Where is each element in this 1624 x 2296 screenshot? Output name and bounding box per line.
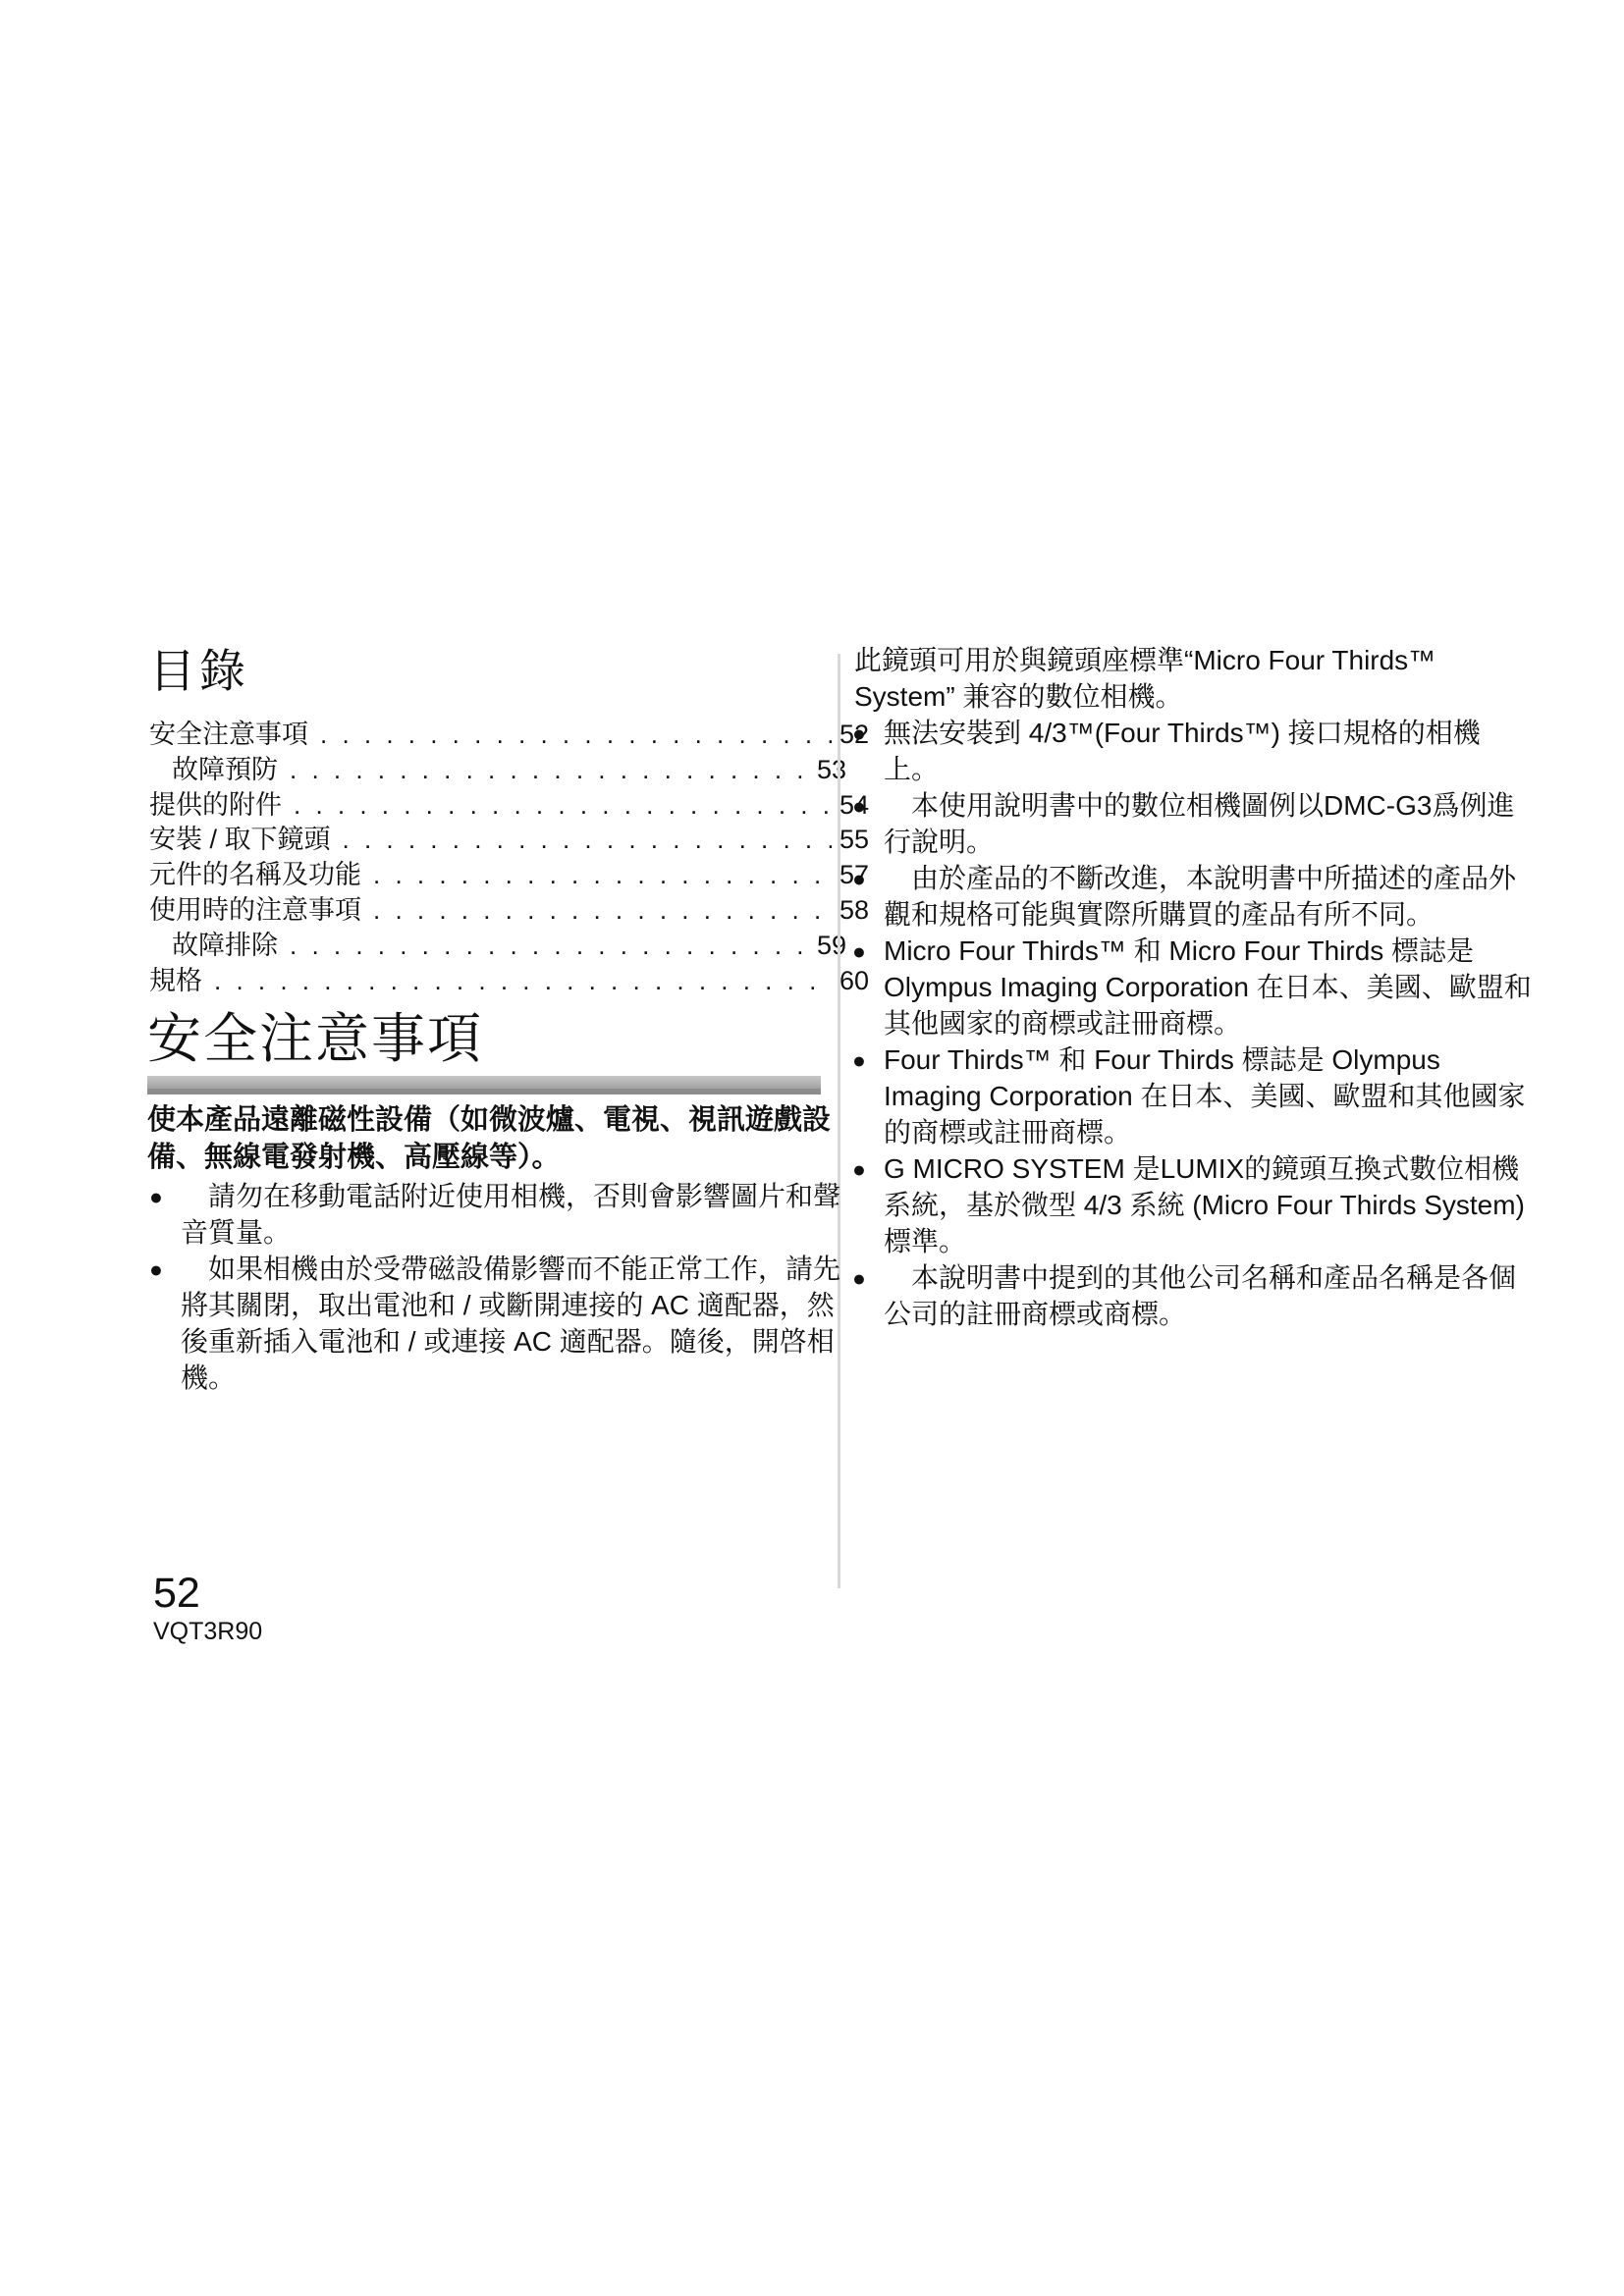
toc-item-label: 安全注意事項: [149, 713, 308, 751]
toc-page-number: 59: [817, 931, 846, 961]
bullet-text: Four Thirds™ 和 Four Thirds 標誌是 Olympus I…: [884, 1044, 1525, 1148]
bullet-text: 本說明書中提到的其他公司名稱和產品名稱是各個公司的註冊商標或商標。: [884, 1262, 1516, 1329]
bullet-item: ● 本使用說明書中的數位相機圖例以DMC-G3爲例進行說明。: [846, 787, 1534, 860]
toc-item: 規格 . . . . . . . . . . . . . . . . . . .…: [149, 959, 869, 994]
bullet-item: ● 無法安裝到 4/3™(Four Thirds™) 接口規格的相機上。: [846, 715, 1534, 787]
bullet-text: 由於產品的不斷改進，本說明書中所描述的產品外觀和規格可能與實際所購買的產品有所不…: [884, 863, 1516, 930]
toc-item-label: 規格: [149, 959, 202, 997]
toc-leader-dots: . . . . . . . . . . . . . . . . . . . . …: [290, 931, 809, 961]
bullet-item: ● Four Thirds™ 和 Four Thirds 標誌是 Olympus…: [846, 1041, 1534, 1150]
toc-title: 目錄: [149, 646, 249, 697]
toc-item: 元件的名稱及功能 . . . . . . . . . . . . . . . .…: [149, 853, 869, 888]
bullet-text: Micro Four Thirds™ 和 Micro Four Thirds 標…: [884, 935, 1532, 1039]
bullet-icon: ●: [852, 1151, 866, 1188]
toc-leader-dots: . . . . . . . . . . . . . . . . . . . . …: [373, 895, 832, 926]
toc-item-label: 使用時的注意事項: [149, 888, 361, 927]
toc-item-label: 故障預防: [172, 748, 278, 786]
document-code: VQT3R90: [153, 1620, 262, 1644]
toc-item: 故障預防 . . . . . . . . . . . . . . . . . .…: [149, 748, 869, 783]
toc-leader-dots: . . . . . . . . . . . . . . . . . . . . …: [214, 966, 832, 996]
toc-page-number: 53: [817, 755, 846, 785]
bullet-text: 請勿在移動電話附近使用相機，否則會影響圖片和聲音質量。: [181, 1181, 840, 1248]
section-heading-bar: [147, 1076, 821, 1095]
toc-leader-dots: . . . . . . . . . . . . . . . . . . . . …: [294, 790, 832, 821]
toc-item-label: 提供的附件: [149, 783, 282, 822]
lens-compatibility-paragraph: 此鏡頭可用於與鏡頭座標準“Micro Four Thirds™ System” …: [854, 642, 1534, 715]
toc-item: 故障排除 . . . . . . . . . . . . . . . . . .…: [149, 924, 869, 959]
bullet-item: ● 由於產品的不斷改進，本說明書中所描述的產品外觀和規格可能與實際所購買的產品有…: [846, 860, 1534, 933]
bullet-icon: ●: [852, 1260, 866, 1297]
manual-page: 目錄 安全注意事項 . . . . . . . . . . . . . . . …: [0, 0, 1624, 2296]
section-heading-safety: 安全注意事項: [147, 1009, 483, 1069]
toc-item-label: 元件的名稱及功能: [149, 853, 361, 891]
bullet-item: ● 如果相機由於受帶磁設備影響而不能正常工作，請先將其關閉，取出電池和 / 或斷…: [147, 1251, 850, 1396]
bullet-text: 如果相機由於受帶磁設備影響而不能正常工作，請先將其關閉，取出電池和 / 或斷開連…: [181, 1254, 840, 1393]
safety-intro-paragraph: 使本產品遠離磁性設備（如微波爐、電視、視訊遊戲設備、無線電發射機、高壓線等）。: [147, 1101, 848, 1176]
bullet-icon: ●: [852, 934, 866, 970]
bullet-icon: ●: [852, 716, 866, 752]
bullet-icon: ●: [852, 1042, 866, 1079]
bullet-item: ● G MICRO SYSTEM 是LUMIX的鏡頭互換式數位相機系統，基於微型…: [846, 1150, 1534, 1259]
safety-bullet-list: ● 請勿在移動電話附近使用相機，否則會影響圖片和聲音質量。 ● 如果相機由於受帶…: [147, 1178, 850, 1396]
toc-list: 安全注意事項 . . . . . . . . . . . . . . . . .…: [149, 713, 869, 993]
toc-leader-dots: . . . . . . . . . . . . . . . . . . . . …: [290, 755, 809, 785]
bullet-text: 無法安裝到 4/3™(Four Thirds™) 接口規格的相機上。: [884, 718, 1481, 784]
bullet-text: 本使用說明書中的數位相機圖例以DMC-G3爲例進行說明。: [884, 790, 1514, 857]
notes-bullet-list: ● 無法安裝到 4/3™(Four Thirds™) 接口規格的相機上。 ● 本…: [846, 715, 1534, 1332]
toc-item: 提供的附件 . . . . . . . . . . . . . . . . . …: [149, 783, 869, 819]
bullet-item: ● Micro Four Thirds™ 和 Micro Four Thirds…: [846, 933, 1534, 1041]
page-number: 52: [153, 1573, 200, 1615]
toc-item: 安全注意事項 . . . . . . . . . . . . . . . . .…: [149, 713, 869, 748]
toc-leader-dots: . . . . . . . . . . . . . . . . . . . . …: [320, 720, 832, 750]
bullet-icon: ●: [852, 788, 866, 825]
bullet-icon: ●: [852, 861, 866, 897]
toc-leader-dots: . . . . . . . . . . . . . . . . . . . . …: [373, 860, 832, 890]
toc-item: 使用時的注意事項 . . . . . . . . . . . . . . . .…: [149, 888, 869, 924]
right-column: 此鏡頭可用於與鏡頭座標準“Micro Four Thirds™ System” …: [846, 642, 1534, 1332]
toc-item: 安裝 / 取下鏡頭 . . . . . . . . . . . . . . . …: [149, 818, 869, 853]
toc-leader-dots: . . . . . . . . . . . . . . . . . . . . …: [343, 825, 832, 855]
bullet-item: ● 本說明書中提到的其他公司名稱和產品名稱是各個公司的註冊商標或商標。: [846, 1259, 1534, 1332]
bullet-item: ● 請勿在移動電話附近使用相機，否則會影響圖片和聲音質量。: [147, 1178, 850, 1251]
bullet-text: G MICRO SYSTEM 是LUMIX的鏡頭互換式數位相機系統，基於微型 4…: [884, 1153, 1525, 1256]
toc-item-label: 安裝 / 取下鏡頭: [149, 818, 331, 856]
bullet-icon: ●: [149, 1252, 163, 1288]
toc-item-label: 故障排除: [172, 924, 278, 962]
bullet-icon: ●: [149, 1179, 163, 1215]
